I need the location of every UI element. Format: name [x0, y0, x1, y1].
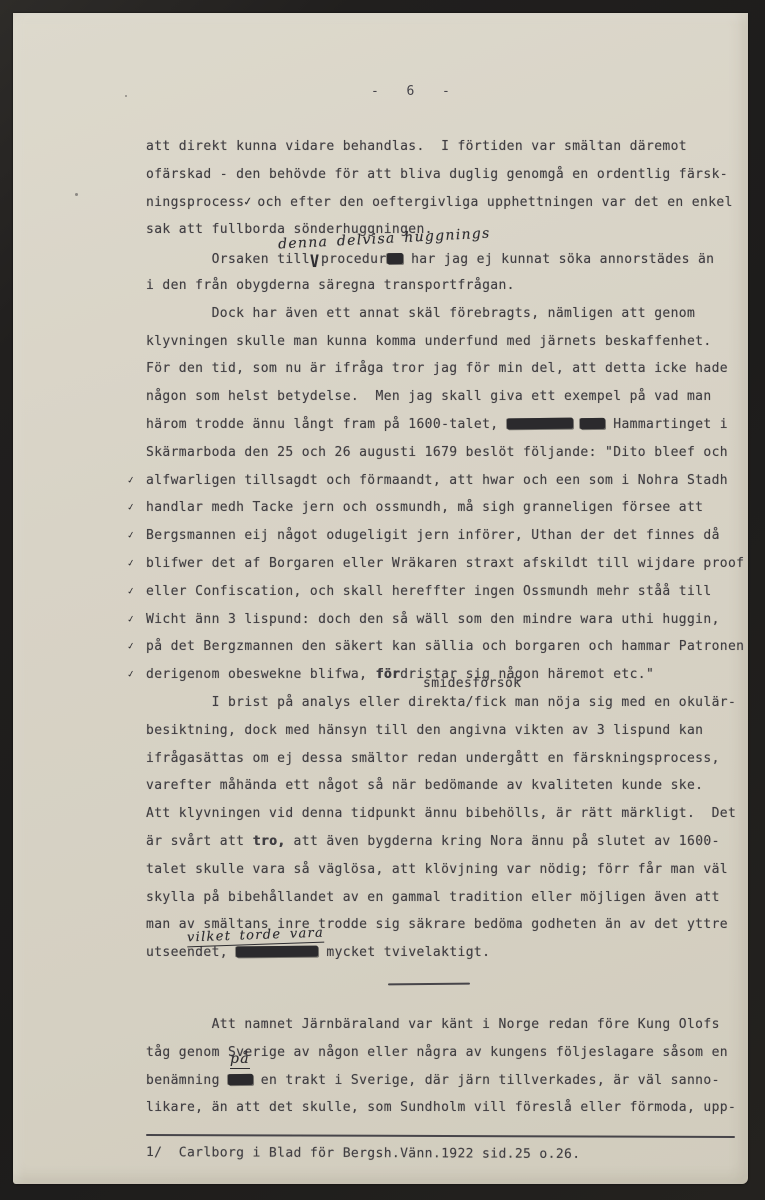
typed-line: Att klyvningen vid denna tidpunkt ännu b…: [146, 806, 736, 823]
typed-text: talet skulle vara så väglösa, att klövjn…: [146, 862, 728, 877]
typed-line: För den tid, som nu är ifråga tror jag f…: [146, 361, 728, 378]
typed-line: talet skulle vara så väglösa, att klövjn…: [146, 862, 728, 879]
struck-out-word: [580, 418, 605, 429]
struck-out-word: [386, 253, 403, 264]
typed-text: Hammartinget i: [605, 417, 728, 432]
typed-text: är svårt att: [146, 834, 253, 849]
typed-insertion-smidesforsok: smidesförsök: [423, 676, 521, 691]
footnote: 1/ Carlborg i Blad för Bergsh.Vänn.1922 …: [146, 1145, 580, 1162]
typed-text: benämning: [146, 1073, 228, 1088]
typed-text: Orsaken till: [146, 252, 310, 267]
typed-text: derigenom obeswekne blifwa,: [146, 667, 376, 682]
typed-text: För den tid, som nu är ifråga tror jag f…: [146, 361, 728, 376]
typed-line: utseendet, mycket tvivelaktigt.: [146, 945, 490, 962]
paper: - 6 - att direkt kunna vidare behandlas.…: [13, 13, 748, 1184]
typed-line: Att namnet Järnbäraland var känt i Norge…: [146, 1017, 720, 1034]
margin-check-mark: ✓: [126, 501, 136, 513]
typed-text: Att namnet Järnbäraland var känt i Norge…: [146, 1017, 720, 1032]
typed-text: likare, än att det skulle, som Sundholm …: [146, 1100, 736, 1115]
typed-line: varefter måhända ett något så när bedöma…: [146, 778, 703, 795]
typed-text: ifrågasättas om ej dessa smältor redan u…: [146, 751, 720, 766]
struck-out-word: [507, 418, 573, 430]
handwritten-insertion-pa: på: [230, 1051, 250, 1069]
typed-text: varefter måhända ett något så när bedöma…: [146, 778, 703, 793]
typed-text: på det Bergzmannen den säkert kan sällia…: [146, 639, 744, 654]
typed-text: I brist på analys eller direkta/fick man…: [146, 695, 736, 710]
typed-text: Dock har även ett annat skäl förebragts,…: [146, 306, 695, 321]
typed-text: har jag ej kunnat söka annorstädes än: [403, 252, 714, 267]
typed-line: alfwarligen tillsagdt och förmaandt, att…: [146, 473, 728, 490]
typed-line: eller Confiscation, och skall hereffter …: [146, 584, 712, 601]
typed-text: Skärmarboda den 25 och 26 augusti 1679 b…: [146, 445, 728, 460]
typed-text: handlar medh Tacke jern och ossmundh, må…: [146, 500, 703, 515]
typed-line: skylla på bibehållandet av en gammal tra…: [146, 890, 720, 907]
typed-line: besiktning, dock med hänsyn till den ang…: [146, 723, 703, 740]
margin-check-mark: ✓: [126, 585, 136, 597]
typed-text: Wicht änn 3 lispund: doch den så wäll so…: [146, 612, 720, 627]
struck-out-word: [228, 1074, 253, 1085]
typed-text: klyvningen skulle man kunna komma underf…: [146, 334, 712, 349]
typed-line: Bergsmannen eij något odugeligit jern in…: [146, 528, 720, 545]
margin-check-mark: ✓: [126, 529, 136, 541]
typed-text: Bergsmannen eij något odugeligit jern in…: [146, 528, 720, 543]
typed-line: ofärskad - den behövde för att bliva dug…: [146, 167, 728, 184]
typed-line: Wicht änn 3 lispund: doch den så wäll so…: [146, 612, 720, 629]
typed-line: på det Bergzmannen den säkert kan sällia…: [146, 639, 744, 656]
typed-line: klyvningen skulle man kunna komma underf…: [146, 334, 712, 351]
paper-speck: [125, 95, 127, 97]
typed-line: derigenom obeswekne blifwa, fördristar s…: [146, 667, 654, 684]
typed-line: någon som helst betydelse. Men jag skall…: [146, 389, 712, 406]
overstruck-text: för: [376, 667, 401, 682]
typed-line: ifrågasättas om ej dessa smältor redan u…: [146, 751, 720, 768]
insertion-caret-mark: ✓: [243, 193, 258, 211]
margin-check-mark: ✓: [126, 474, 136, 486]
typed-text: ofärskad - den behövde för att bliva dug…: [146, 167, 728, 182]
typed-text: besiktning, dock med hänsyn till den ang…: [146, 723, 703, 738]
page-number: - 6 -: [371, 84, 454, 99]
typed-text: en trakt i Sverige, där järn tillverkade…: [253, 1073, 720, 1088]
typed-text: Att klyvningen vid denna tidpunkt ännu b…: [146, 806, 736, 821]
typed-text: i den från obygderna säregna transportfr…: [146, 278, 515, 293]
typed-line: härom trodde ännu långt fram på 1600-tal…: [146, 417, 728, 434]
typed-line: handlar medh Tacke jern och ossmundh, må…: [146, 500, 703, 517]
typed-text: ningsprocess: [146, 195, 244, 210]
typed-text: procedur: [321, 252, 387, 267]
typed-line: likare, än att det skulle, som Sundholm …: [146, 1100, 736, 1117]
typed-text: mycket tvivelaktigt.: [318, 945, 490, 960]
overstruck-text: tro,: [253, 834, 286, 849]
typed-line: att direkt kunna vidare behandlas. I för…: [146, 139, 687, 156]
typed-line: är svårt att tro, att även bygderna krin…: [146, 834, 720, 851]
margin-check-mark: ✓: [126, 613, 136, 625]
insertion-caret-mark: V: [310, 252, 321, 270]
typed-line: Orsaken tillVprocedur har jag ej kunnat …: [146, 250, 714, 267]
typed-text: någon som helst betydelse. Men jag skall…: [146, 389, 712, 404]
typed-text: skylla på bibehållandet av en gammal tra…: [146, 890, 720, 905]
typed-line: ningsprocess✓och efter den oeftergivliga…: [146, 195, 733, 212]
section-divider: [388, 983, 470, 986]
typed-line: benämning en trakt i Sverige, där järn t…: [146, 1073, 720, 1090]
typed-text: härom trodde ännu långt fram på 1600-tal…: [146, 417, 507, 432]
typed-line: Skärmarboda den 25 och 26 augusti 1679 b…: [146, 445, 728, 462]
margin-check-mark: ✓: [126, 557, 136, 569]
margin-check-mark: ✓: [126, 640, 136, 652]
typed-line: Dock har även ett annat skäl förebragts,…: [146, 306, 695, 323]
struck-out-word: [236, 946, 318, 958]
typed-line: I brist på analys eller direkta/fick man…: [146, 695, 736, 712]
paper-speck: [75, 193, 78, 196]
typed-line: i den från obygderna säregna transportfr…: [146, 278, 515, 295]
margin-check-mark: ✓: [126, 668, 136, 680]
typed-text: att direkt kunna vidare behandlas. I för…: [146, 139, 687, 154]
typed-text: alfwarligen tillsagdt och förmaandt, att…: [146, 473, 728, 488]
scan-background: { "page": { "number_label": "- 6 -", "fo…: [0, 0, 765, 1200]
typed-text: blifwer det af Borgaren eller Wräkaren s…: [146, 556, 744, 571]
typed-text: och efter den oeftergivliga upphettninge…: [257, 195, 732, 210]
typed-text: eller Confiscation, och skall hereffter …: [146, 584, 712, 599]
typed-text: att även bygderna kring Nora ännu på slu…: [285, 834, 719, 849]
typed-line: blifwer det af Borgaren eller Wräkaren s…: [146, 556, 744, 573]
footnote-rule: [146, 1134, 735, 1138]
